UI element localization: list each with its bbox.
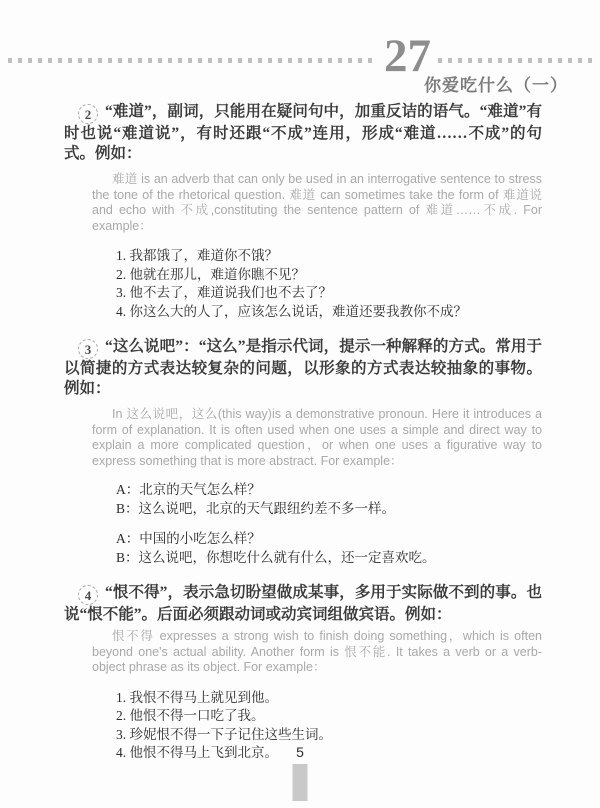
grammar-heading: 2“难道”，副词，只能用在疑问句中，加重反诘的语气。“难道”有时也说“难道说”，… [64, 102, 542, 164]
section-number-badge: 4 [78, 585, 98, 605]
dialogue-line-a: A：北京的天气怎么样？ [116, 481, 542, 500]
section-number-badge: 2 [78, 104, 98, 124]
example-list: 1. 我都饿了，难道你不饿？ 2. 他就在那儿，难道你瞧不见？ 3. 他不去了，… [116, 247, 542, 321]
lesson-title: 你爱吃什么（一） [424, 71, 568, 96]
dialogue-line-a: A：中国的小吃怎么样？ [116, 530, 542, 549]
english-explanation: 难道 is an adverb that can only be used in… [92, 172, 542, 234]
grammar-rule-text: “这么说吧”：“这么”是指示代词，提示一种解释的方式。常用于以简捷的方式表达较复… [64, 338, 542, 397]
grammar-section-zhemeshuoba: 3“这么说吧”：“这么”是指示代词，提示一种解释的方式。常用于以简捷的方式表达较… [64, 337, 542, 567]
page-content: 2“难道”，副词，只能用在疑问句中，加重反诘的语气。“难道”有时也说“难道说”，… [64, 102, 542, 779]
dialogue-line-b: B：这么说吧，你想吃什么就有什么，还一定喜欢吃。 [116, 549, 542, 568]
dotted-divider [8, 58, 592, 63]
example-sentence: 3. 他不去了，难道说我们也不去了？ [116, 284, 542, 303]
textbook-page: 27 你爱吃什么（一） 2“难道”，副词，只能用在疑问句中，加重反诘的语气。“难… [0, 0, 600, 808]
dialogue-example: A：中国的小吃怎么样？ B：这么说吧，你想吃什么就有什么，还一定喜欢吃。 [116, 530, 542, 567]
english-explanation: 恨不得 expresses a strong wish to finish do… [92, 629, 542, 676]
dialogue-line-b: B：这么说吧，北京的天气跟纽约差不多一样。 [116, 500, 542, 519]
page-tab-marker [293, 764, 308, 801]
example-sentence: 4. 你这么大的人了，应该怎么说话，难道还要我教你不成？ [116, 303, 542, 322]
grammar-heading: 4“恨不得”，表示急切盼望做成某事，多用于实际做不到的事。也说“恨不能”。后面必… [64, 583, 542, 625]
grammar-section-nandao: 2“难道”，副词，只能用在疑问句中，加重反诘的语气。“难道”有时也说“难道说”，… [64, 102, 542, 321]
english-explanation: In 这么说吧，这么(this way)is a demonstrative p… [92, 407, 542, 469]
dialogue-example: A：北京的天气怎么样？ B：这么说吧，北京的天气跟纽约差不多一样。 [116, 481, 542, 518]
grammar-rule-text: “恨不得”，表示急切盼望做成某事，多用于实际做不到的事。也说“恨不能”。后面必须… [64, 584, 542, 623]
example-sentence: 3. 珍妮恨不得一下子记住这些生词。 [116, 726, 542, 745]
example-sentence: 1. 我都饿了，难道你不饿？ [116, 247, 542, 266]
grammar-rule-text: “难道”，副词，只能用在疑问句中，加重反诘的语气。“难道”有时也说“难道说”，有… [64, 103, 542, 162]
example-sentence: 2. 他恨不得一口吃了我。 [116, 707, 542, 726]
example-sentence: 1. 我恨不得马上就见到他。 [116, 689, 542, 708]
example-sentence: 2. 他就在那儿，难道你瞧不见？ [116, 266, 542, 285]
grammar-section-henbude: 4“恨不得”，表示急切盼望做成某事，多用于实际做不到的事。也说“恨不能”。后面必… [64, 583, 542, 763]
page-number: 5 [0, 744, 600, 760]
section-number-badge: 3 [78, 339, 98, 359]
grammar-heading: 3“这么说吧”：“这么”是指示代词，提示一种解释的方式。常用于以简捷的方式表达较… [64, 337, 542, 399]
